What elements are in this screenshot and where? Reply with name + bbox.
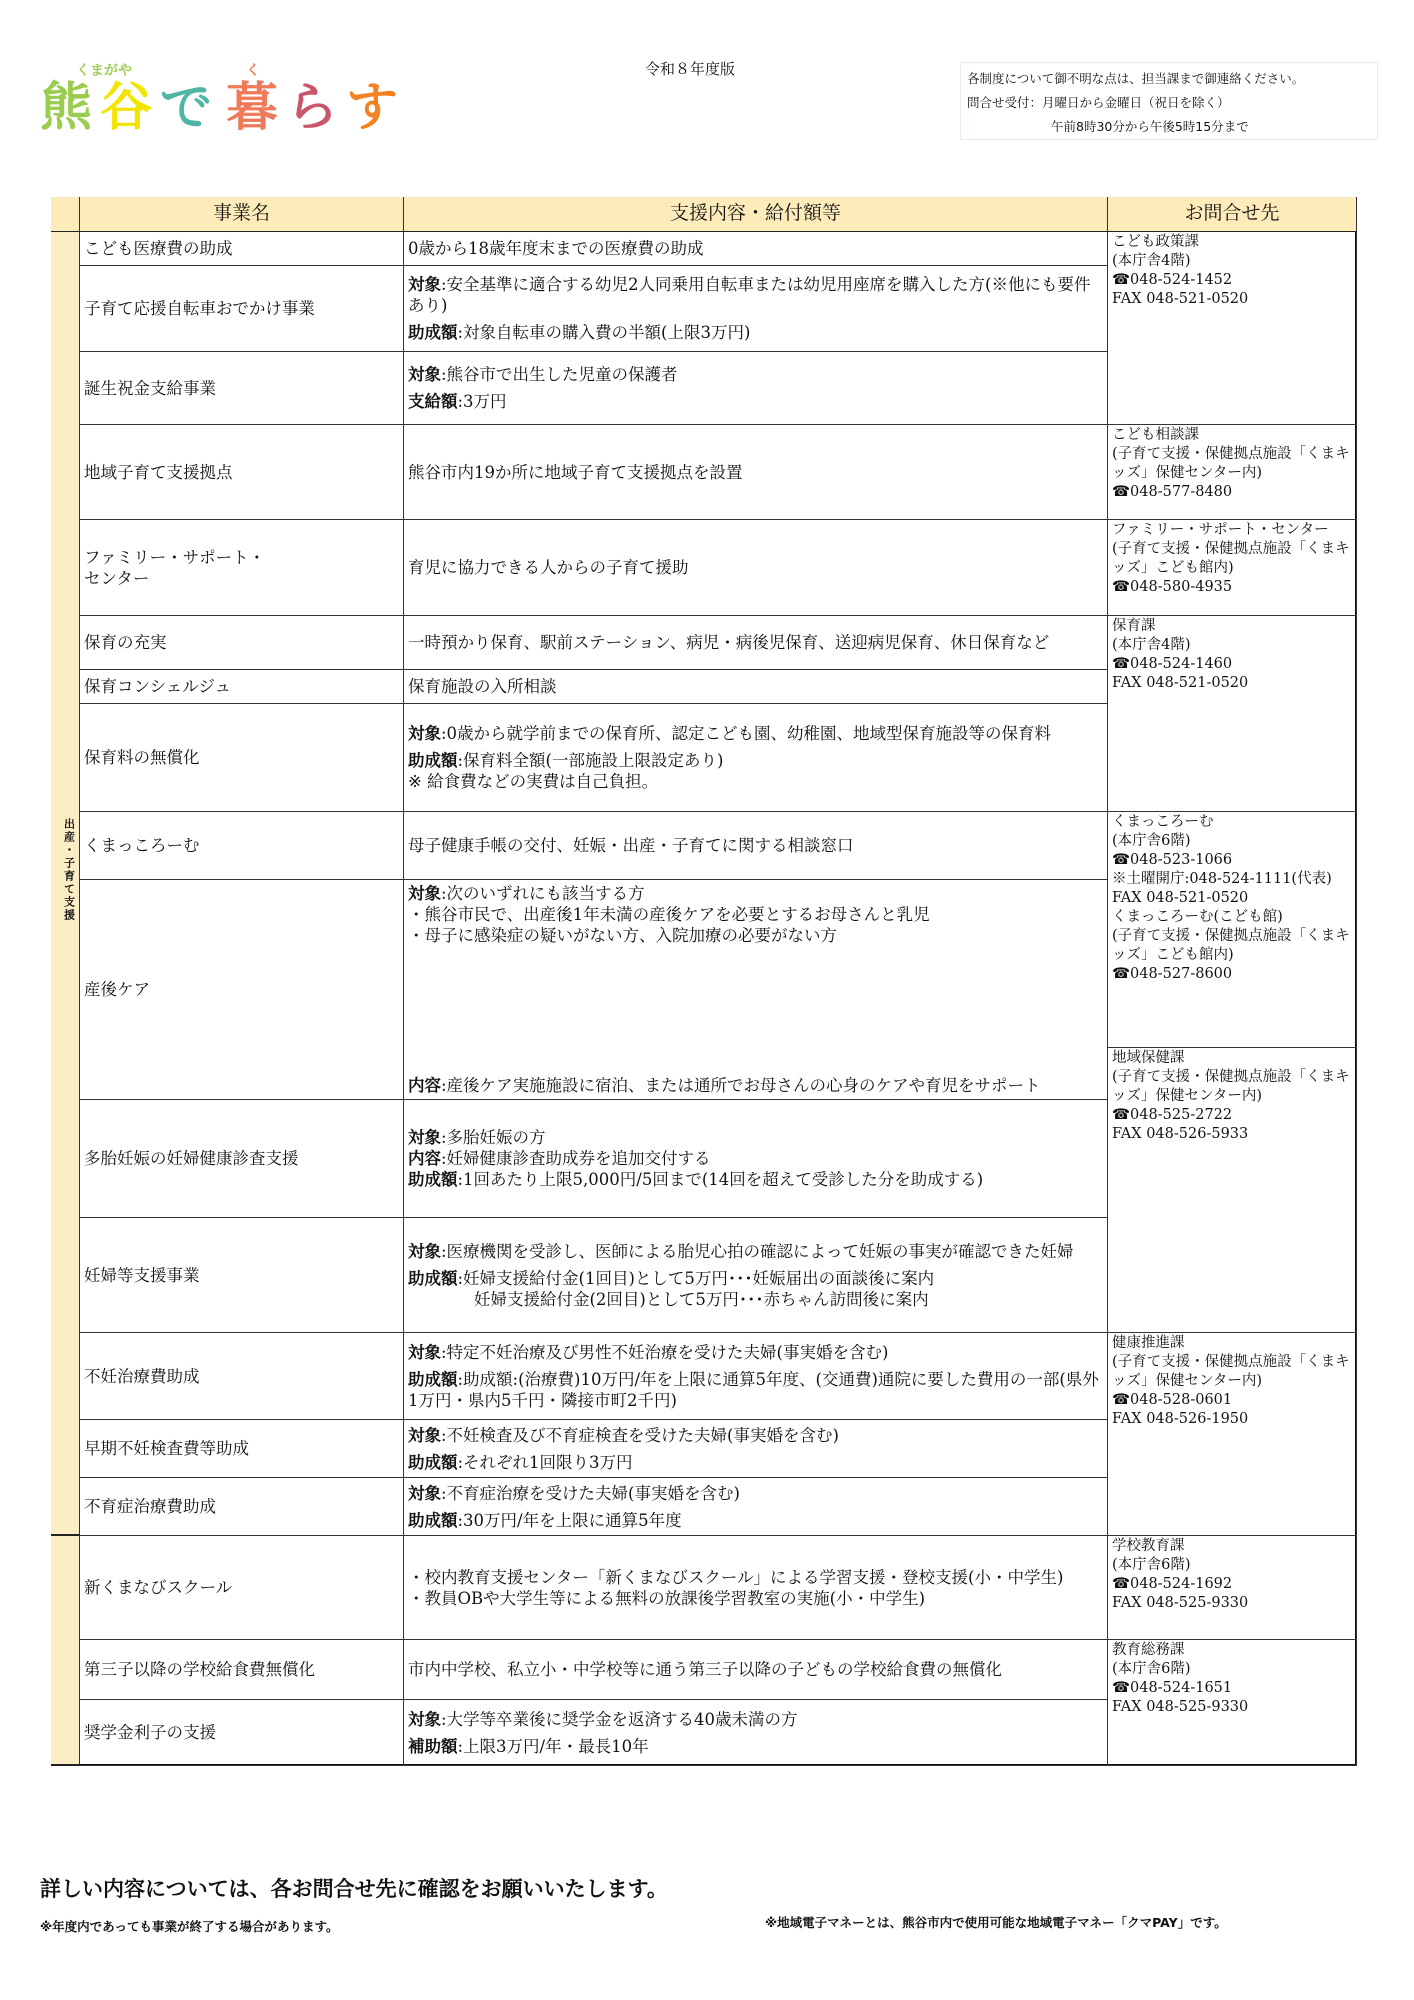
footer-note-right: ※地域電子マネーとは、熊谷市内で使用可能な地域電子マネー「クマPAY」です。 xyxy=(765,1913,1227,1931)
program-name: 保育コンシェルジュ xyxy=(84,676,231,697)
row-name-cell: くまっころーむ xyxy=(80,812,404,880)
row-content-cell: 市内中学校、私立小・中学校等に通う第三子以降の子どもの学校給食費の無償化 xyxy=(404,1640,1108,1700)
contact-fax: FAX 048-525-9330 xyxy=(1112,1698,1352,1717)
content-paragraph: 助成額:30万円/年を上限に通算5年度 xyxy=(408,1510,1103,1531)
column-header-label: 事業名 xyxy=(213,202,270,224)
content-text: :安全基準に適合する幼児2人同乗用自転車または幼児用座席を購入した方(※他にも要… xyxy=(408,275,1091,315)
content-label: 助成額 xyxy=(408,1370,458,1389)
program-name: 早期不妊検査費等助成 xyxy=(84,1438,249,1459)
contact-dept: こども政策課 xyxy=(1112,233,1352,252)
contact-phone: ☎048-524-1651 xyxy=(1112,1679,1352,1698)
row-name-cell: 第三子以降の学校給食費無償化 xyxy=(80,1640,404,1700)
notice-line: 問合せ受付：月曜日から金曜日（祝日を除く） xyxy=(967,91,1371,115)
contact-line: (本庁舎6階) xyxy=(1112,1660,1352,1679)
content-paragraph: 育児に協力できる人からの子育て援助 xyxy=(408,557,1103,578)
program-name: 地域子育て支援拠点 xyxy=(84,462,233,483)
contact-line: くまっころーむ(こども館) xyxy=(1112,908,1352,927)
content-text: :対象自転車の購入費の半額(上限3万円) xyxy=(458,323,751,342)
content-label: 助成額 xyxy=(408,1269,458,1288)
content-text: ・校内教育支援センター「新くまなびスクール」による学習支援・登校支援(小・中学生… xyxy=(408,1568,1063,1608)
content-paragraph: 助成額:助成額:(治療費)10万円/年を上限に通算5年度、(交通費)通院に要した… xyxy=(408,1369,1103,1411)
row-content-cell: 対象:特定不妊治療及び男性不妊治療を受けた夫婦(事実婚を含む)助成額:助成額:(… xyxy=(404,1333,1108,1420)
row-content-cell: 対象:多胎妊娠の方内容:妊婦健康診査助成券を追加交付する助成額:1回あたり上限5… xyxy=(404,1100,1108,1218)
content-text: :不妊検査及び不育症検査を受けた夫婦(事実婚を含む) xyxy=(441,1426,839,1445)
program-name: 保育料の無償化 xyxy=(84,747,200,768)
content-text: 一時預かり保育、駅前ステーション、病児・病後児保育、送迎病児保育、休日保育など xyxy=(408,633,1049,652)
content-label: 助成額 xyxy=(408,1453,458,1472)
row-content-cell: 対象:安全基準に適合する幼児2人同乗用自転車または幼児用座席を購入した方(※他に… xyxy=(404,266,1108,352)
content-paragraph: 対象:次のいずれにも該当する方 ・熊谷市民で、出産後1年未満の産後ケアを必要とす… xyxy=(408,883,1103,946)
column-header: お問合せ先 xyxy=(1108,197,1357,232)
contact-cell: ファミリー・サポート・センター(子育て支援・保健拠点施設「くまキッズ」こども館内… xyxy=(1108,520,1357,616)
content-text: :3万円 xyxy=(458,392,507,411)
row-content-cell: 育児に協力できる人からの子育て援助 xyxy=(404,520,1108,616)
header-blank xyxy=(51,197,80,232)
content-text: 0歳から18歳年度末までの医療費の助成 xyxy=(408,239,704,258)
row-name-cell: ファミリー・サポート・ センター xyxy=(80,520,404,616)
contact-line: (本庁舎6階) xyxy=(1112,832,1352,851)
contact-dept: 保育課 xyxy=(1112,617,1352,636)
content-label: 対象 xyxy=(408,1484,441,1503)
edition-label: 令和８年度版 xyxy=(645,58,735,79)
logo: くまがや く 熊 谷 で 暮 ら す xyxy=(40,60,440,140)
program-name: 産後ケア xyxy=(84,979,150,1000)
program-name: くまっころーむ xyxy=(84,835,200,856)
content-label: 対象 xyxy=(408,275,441,294)
contact-fax: FAX 048-521-0520 xyxy=(1112,674,1352,693)
contact-phone: ☎048-524-1692 xyxy=(1112,1575,1352,1594)
row-content-cell: 0歳から18歳年度末までの医療費の助成 xyxy=(404,232,1108,266)
row-name-cell: 産後ケア xyxy=(80,880,404,1100)
content-label: 助成額 xyxy=(408,1511,458,1530)
row-content-cell: 対象:次のいずれにも該当する方 ・熊谷市民で、出産後1年未満の産後ケアを必要とす… xyxy=(404,880,1108,1100)
content-paragraph: 対象:不育症治療を受けた夫婦(事実婚を含む) xyxy=(408,1483,1103,1504)
content-paragraph: 対象:大学等卒業後に奨学金を返済する40歳未満の方 xyxy=(408,1709,1103,1730)
contact-cell: 保育課(本庁舎4階)☎048-524-1460FAX 048-521-0520 xyxy=(1108,616,1357,812)
contact-dept: 学校教育課 xyxy=(1112,1537,1352,1556)
contact-line: (子育て支援・保健拠点施設「くまキッズ」こども館内) xyxy=(1112,540,1352,578)
column-header-label: 支援内容・給付額等 xyxy=(670,202,841,224)
row-name-cell: 子育て応援自転車おでかけ事業 xyxy=(80,266,404,352)
contact-dept: 健康推進課 xyxy=(1112,1334,1352,1353)
content-text: :1回あたり上限5,000円/5回まで(14回を超えて受診した分を助成する) xyxy=(458,1170,984,1189)
logo-char: す xyxy=(346,78,398,138)
contact-cell: こども相談課(子育て支援・保健拠点施設「くまキッズ」保健センター内)☎048-5… xyxy=(1108,425,1357,520)
contact-cell: くまっころーむ(本庁舎6階)☎048-523-1066※土曜開庁:048-524… xyxy=(1108,812,1357,1048)
content-paragraph: 対象:0歳から就学前までの保育所、認定こども園、幼稚園、地域型保育施設等の保育料 xyxy=(408,723,1103,744)
content-paragraph: 助成額:妊婦支援給付金(1回目)として5万円･･･妊娠届出の面談後に案内 妊婦支… xyxy=(408,1268,1103,1310)
contact-line: ※土曜開庁:048-524-1111(代表) xyxy=(1112,870,1352,889)
row-name-cell: 保育の充実 xyxy=(80,616,404,670)
contact-fax: FAX 048-521-0520 xyxy=(1112,889,1352,908)
category-education xyxy=(51,1536,80,1766)
contact-phone: ☎048-525-2722 xyxy=(1112,1106,1352,1125)
row-content-cell: 熊谷市内19か所に地域子育て支援拠点を設置 xyxy=(404,425,1108,520)
content-label: 助成額 xyxy=(408,323,458,342)
content-label: 助成額 xyxy=(408,1170,458,1189)
content-text: :0歳から就学前までの保育所、認定こども園、幼稚園、地域型保育施設等の保育料 xyxy=(441,724,1051,743)
row-name-cell: 奨学金利子の支援 xyxy=(80,1700,404,1766)
column-header: 支援内容・給付額等 xyxy=(404,197,1108,232)
content-text: :妊婦支援給付金(1回目)として5万円･･･妊娠届出の面談後に案内 妊婦支援給付… xyxy=(408,1269,934,1309)
content-paragraph: 一時預かり保育、駅前ステーション、病児・病後児保育、送迎病児保育、休日保育など xyxy=(408,632,1103,653)
content-paragraph: 母子健康手帳の交付、妊娠・出産・子育てに関する相談窓口 xyxy=(408,835,1103,856)
content-text: :大学等卒業後に奨学金を返済する40歳未満の方 xyxy=(441,1710,798,1729)
row-content-cell: ・校内教育支援センター「新くまなびスクール」による学習支援・登校支援(小・中学生… xyxy=(404,1536,1108,1640)
content-paragraph: ・校内教育支援センター「新くまなびスクール」による学習支援・登校支援(小・中学生… xyxy=(408,1567,1103,1609)
contact-dept: ファミリー・サポート・センター xyxy=(1112,521,1352,540)
notice-line: 各制度について御不明な点は、担当課まで御連絡ください。 xyxy=(967,67,1371,91)
content-text: :30万円/年を上限に通算5年度 xyxy=(458,1511,682,1530)
row-content-cell: 対象:不育症治療を受けた夫婦(事実婚を含む)助成額:30万円/年を上限に通算5年… xyxy=(404,1478,1108,1536)
content-text: :助成額:(治療費)10万円/年を上限に通算5年度、(交通費)通院に要した費用の… xyxy=(408,1370,1099,1410)
column-header-label: お問合せ先 xyxy=(1184,202,1279,224)
logo-ruby-kumagaya: くまがや xyxy=(76,60,132,80)
content-text: :不育症治療を受けた夫婦(事実婚を含む) xyxy=(441,1484,740,1503)
content-paragraph: 内容:妊婦健康診査助成券を追加交付する xyxy=(408,1148,1103,1169)
row-content-cell: 対象:熊谷市で出生した児童の保護者支給額:3万円 xyxy=(404,352,1108,425)
logo-ruby-ku: く xyxy=(246,60,260,80)
row-content-cell: 対象:医療機関を受診し、医師による胎児心拍の確認によって妊娠の事実が確認できた妊… xyxy=(404,1218,1108,1333)
row-name-cell: 新くまなびスクール xyxy=(80,1536,404,1640)
program-name: 誕生祝金支給事業 xyxy=(84,378,216,399)
category-childbirth-childcare: 出産・子育て支援 xyxy=(51,232,80,1536)
content-paragraph: 0歳から18歳年度末までの医療費の助成 xyxy=(408,238,1103,259)
content-paragraph: 助成額:それぞれ1回限り3万円 xyxy=(408,1452,1103,1473)
contact-fax: FAX 048-526-1950 xyxy=(1112,1410,1352,1429)
content-label: 対象 xyxy=(408,365,441,384)
program-name: 第三子以降の学校給食費無償化 xyxy=(84,1659,315,1680)
contact-dept: 地域保健課 xyxy=(1112,1049,1352,1068)
row-name-cell: 不育症治療費助成 xyxy=(80,1478,404,1536)
row-name-cell: 妊婦等支援事業 xyxy=(80,1218,404,1333)
program-name: 子育て応援自転車おでかけ事業 xyxy=(84,298,315,319)
row-content-cell: 対象:大学等卒業後に奨学金を返済する40歳未満の方補助額:上限3万円/年・最長1… xyxy=(404,1700,1108,1766)
program-name: 妊婦等支援事業 xyxy=(84,1265,200,1286)
program-name: こども医療費の助成 xyxy=(84,238,233,259)
content-paragraph: 対象:特定不妊治療及び男性不妊治療を受けた夫婦(事実婚を含む) xyxy=(408,1342,1103,1363)
contact-phone: ☎048-580-4935 xyxy=(1112,578,1352,597)
content-label: 対象 xyxy=(408,1710,441,1729)
contact-phone: ☎048-577-8480 xyxy=(1112,483,1352,502)
contact-dept: こども相談課 xyxy=(1112,426,1352,445)
row-content-cell: 対象:不妊検査及び不育症検査を受けた夫婦(事実婚を含む)助成額:それぞれ1回限り… xyxy=(404,1420,1108,1478)
contact-cell: 学校教育課(本庁舎6階)☎048-524-1692FAX 048-525-933… xyxy=(1108,1536,1357,1640)
support-table: 事業名支援内容・給付額等お問合せ先出産・子育て支援こども医療費の助成0歳から18… xyxy=(51,197,1357,1766)
program-name: 奨学金利子の支援 xyxy=(84,1722,216,1743)
content-label: 助成額 xyxy=(408,751,458,770)
row-name-cell: 保育コンシェルジュ xyxy=(80,670,404,704)
contact-line: (子育て支援・保健拠点施設「くまキッズ」こども館内) xyxy=(1112,927,1352,965)
row-content-cell: 母子健康手帳の交付、妊娠・出産・子育てに関する相談窓口 xyxy=(404,812,1108,880)
program-name: 保育の充実 xyxy=(84,632,167,653)
content-label: 対象 xyxy=(408,1426,441,1445)
content-paragraph: 内容:産後ケア実施施設に宿泊、または通所でお母さんの心身のケアや育児をサポート xyxy=(408,1075,1103,1096)
content-paragraph: 助成額:1回あたり上限5,000円/5回まで(14回を超えて受診した分を助成する… xyxy=(408,1169,1103,1190)
content-label: 対象 xyxy=(408,884,441,903)
row-name-cell: 多胎妊娠の妊婦健康診査支援 xyxy=(80,1100,404,1218)
contact-cell: 地域保健課(子育て支援・保健拠点施設「くまキッズ」保健センター内)☎048-52… xyxy=(1108,1048,1357,1333)
content-paragraph: 助成額:対象自転車の購入費の半額(上限3万円) xyxy=(408,322,1103,343)
content-text: :熊谷市で出生した児童の保護者 xyxy=(441,365,678,384)
content-text: :妊婦健康診査助成券を追加交付する xyxy=(441,1149,711,1168)
contact-phone: ☎048-523-1066 xyxy=(1112,851,1352,870)
content-text: 母子健康手帳の交付、妊娠・出産・子育てに関する相談窓口 xyxy=(408,836,854,855)
content-paragraph: 市内中学校、私立小・中学校等に通う第三子以降の子どもの学校給食費の無償化 xyxy=(408,1659,1103,1680)
content-label: 対象 xyxy=(408,724,441,743)
content-paragraph: 対象:熊谷市で出生した児童の保護者 xyxy=(408,364,1103,385)
category-label: 出産・子育て支援 xyxy=(62,818,76,922)
program-name: 多胎妊娠の妊婦健康診査支援 xyxy=(84,1148,299,1169)
content-text: :医療機関を受診し、医師による胎児心拍の確認によって妊娠の事実が確認できた妊婦 xyxy=(441,1242,1074,1261)
contact-cell: 教育総務課(本庁舎6階)☎048-524-1651FAX 048-525-933… xyxy=(1108,1640,1357,1766)
content-text: :上限3万円/年・最長10年 xyxy=(458,1737,649,1756)
footer-note-left: ※年度内であっても事業が終了する場合があります。 xyxy=(40,1917,339,1935)
content-paragraph: 熊谷市内19か所に地域子育て支援拠点を設置 xyxy=(408,462,1103,483)
logo-char: で xyxy=(160,78,212,138)
contact-dept: くまっころーむ xyxy=(1112,813,1352,832)
row-name-cell: 保育料の無償化 xyxy=(80,704,404,812)
content-text: :産後ケア実施施設に宿泊、または通所でお母さんの心身のケアや育児をサポート xyxy=(441,1076,1041,1095)
content-text: :特定不妊治療及び男性不妊治療を受けた夫婦(事実婚を含む) xyxy=(441,1343,888,1362)
content-text: :次のいずれにも該当する方 ・熊谷市民で、出産後1年未満の産後ケアを必要とするお… xyxy=(408,884,930,945)
contact-fax: FAX 048-526-5933 xyxy=(1112,1125,1352,1144)
footer-main-message: 詳しい内容については、各お問合せ先に確認をお願いいたします。 xyxy=(40,1873,668,1903)
inquiry-notice: 各制度について御不明な点は、担当課まで御連絡ください。 問合せ受付：月曜日から金… xyxy=(960,62,1378,140)
logo-char: ら xyxy=(286,78,338,138)
row-content-cell: 保育施設の入所相談 xyxy=(404,670,1108,704)
contact-line: (本庁舎4階) xyxy=(1112,636,1352,655)
content-paragraph: 助成額:保育料全額(一部施設上限設定あり) ※ 給食費などの実費は自己負担。 xyxy=(408,750,1103,792)
logo-char: 熊 xyxy=(40,78,92,138)
content-text: :それぞれ1回限り3万円 xyxy=(458,1453,633,1472)
notice-line: 午前8時30分から午後5時15分まで xyxy=(967,115,1371,139)
program-name: 新くまなびスクール xyxy=(84,1577,232,1598)
contact-dept: 教育総務課 xyxy=(1112,1641,1352,1660)
column-header: 事業名 xyxy=(80,197,404,232)
contact-phone: ☎048-527-8600 xyxy=(1112,965,1352,984)
contact-phone: ☎048-524-1460 xyxy=(1112,655,1352,674)
contact-line: (子育て支援・保健拠点施設「くまキッズ」保健センター内) xyxy=(1112,445,1352,483)
content-text: 市内中学校、私立小・中学校等に通う第三子以降の子どもの学校給食費の無償化 xyxy=(408,1660,1002,1679)
content-label: 内容 xyxy=(408,1076,441,1095)
content-paragraph: 補助額:上限3万円/年・最長10年 xyxy=(408,1736,1103,1757)
logo-char: 谷 xyxy=(100,78,152,138)
logo-char: 暮 xyxy=(226,78,278,138)
contact-cell: こども政策課(本庁舎4階)☎048-524-1452FAX 048-521-05… xyxy=(1108,232,1357,425)
contact-line: (本庁舎6階) xyxy=(1112,1556,1352,1575)
content-text: 熊谷市内19か所に地域子育て支援拠点を設置 xyxy=(408,463,743,482)
content-label: 対象 xyxy=(408,1128,441,1147)
row-name-cell: 誕生祝金支給事業 xyxy=(80,352,404,425)
contact-phone: ☎048-524-1452 xyxy=(1112,271,1352,290)
program-name: ファミリー・サポート・ センター xyxy=(84,547,265,589)
row-content-cell: 対象:0歳から就学前までの保育所、認定こども園、幼稚園、地域型保育施設等の保育料… xyxy=(404,704,1108,812)
contact-fax: FAX 048-521-0520 xyxy=(1112,290,1352,309)
content-text: 育児に協力できる人からの子育て援助 xyxy=(408,558,689,577)
content-paragraph: 保育施設の入所相談 xyxy=(408,676,1103,697)
contact-line: (本庁舎4階) xyxy=(1112,252,1352,271)
content-label: 内容 xyxy=(408,1149,441,1168)
content-paragraph: 対象:多胎妊娠の方 xyxy=(408,1127,1103,1148)
contact-line: (子育て支援・保健拠点施設「くまキッズ」保健センター内) xyxy=(1112,1068,1352,1106)
program-name: 不妊治療費助成 xyxy=(84,1366,200,1387)
content-paragraph: 対象:不妊検査及び不育症検査を受けた夫婦(事実婚を含む) xyxy=(408,1425,1103,1446)
row-content-cell: 一時預かり保育、駅前ステーション、病児・病後児保育、送迎病児保育、休日保育など xyxy=(404,616,1108,670)
program-name: 不育症治療費助成 xyxy=(84,1496,216,1517)
content-text: 保育施設の入所相談 xyxy=(408,677,557,696)
contact-line: (子育て支援・保健拠点施設「くまキッズ」保健センター内) xyxy=(1112,1353,1352,1391)
content-label: 対象 xyxy=(408,1242,441,1261)
row-name-cell: こども医療費の助成 xyxy=(80,232,404,266)
contact-fax: FAX 048-525-9330 xyxy=(1112,1594,1352,1613)
content-label: 補助額 xyxy=(408,1737,458,1756)
row-name-cell: 不妊治療費助成 xyxy=(80,1333,404,1420)
content-label: 支給額 xyxy=(408,392,458,411)
row-name-cell: 地域子育て支援拠点 xyxy=(80,425,404,520)
content-text: :多胎妊娠の方 xyxy=(441,1128,546,1147)
row-name-cell: 早期不妊検査費等助成 xyxy=(80,1420,404,1478)
content-label: 対象 xyxy=(408,1343,441,1362)
content-paragraph: 対象:医療機関を受診し、医師による胎児心拍の確認によって妊娠の事実が確認できた妊… xyxy=(408,1241,1103,1262)
content-paragraph: 支給額:3万円 xyxy=(408,391,1103,412)
contact-cell: 健康推進課(子育て支援・保健拠点施設「くまキッズ」保健センター内)☎048-52… xyxy=(1108,1333,1357,1536)
contact-phone: ☎048-528-0601 xyxy=(1112,1391,1352,1410)
content-paragraph: 対象:安全基準に適合する幼児2人同乗用自転車または幼児用座席を購入した方(※他に… xyxy=(408,274,1103,316)
